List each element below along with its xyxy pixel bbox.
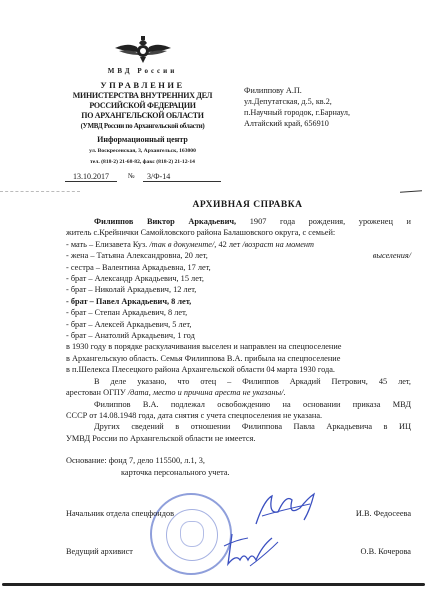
mother-text: - мать – Елизавета Куз. [66, 240, 149, 249]
para1-line: в п.Шелекса Плесецкого района Архангельс… [66, 364, 411, 375]
para3-line-2: СССР от 14.08.1948 года, дата снятия с у… [66, 410, 411, 421]
unit-name: Информационный центр [60, 135, 225, 144]
para1-line: в Архангельскую область. Семья Филиппова… [66, 353, 411, 364]
intro-text: 1907 года рождения, уроженец и [236, 217, 411, 226]
divider [0, 191, 80, 192]
basis-line-1: Основание: фонд 7, дело 115500, л.1, 3, [66, 455, 411, 466]
arrest-note: /дата, место и причина ареста не указаны… [128, 388, 284, 397]
signer-name: О.В. Кочерова [361, 547, 411, 556]
divider [400, 190, 422, 193]
para4-line-2: УМВД России по Архангельской области не … [66, 433, 411, 444]
scan-edge-bar [2, 583, 425, 586]
document-title: АРХИВНАЯ СПРАВКА [0, 200, 435, 210]
subject-name: Филиппов Виктор Аркадьевич, [94, 217, 236, 226]
family-member-highlighted: - брат – Павел Аркадьевич, 8 лет, [66, 296, 411, 307]
para1-line: в 1930 году в порядке раскулачивания выс… [66, 341, 411, 352]
department-heading: УПРАВЛЕНИЕ [60, 80, 225, 91]
signer-position: Ведущий архивист [66, 547, 133, 556]
para2-line-2: арестован ОГПУ /дата, место и причина ар… [66, 387, 411, 398]
reference-line: 13.10.2017 № 3/Ф-14 [65, 172, 225, 184]
para3-line-1: Филиппов В.А. подлежал освобождению на о… [66, 399, 411, 410]
basis-line-2: карточка персонального учета. [66, 467, 411, 478]
family-member: - брат – Алексей Аркадьевич, 5 лет, [66, 319, 411, 330]
signatures-block: Начальник отдела спецфондов И.В. Федосее… [66, 509, 411, 585]
agency-name: МВД России [60, 67, 225, 75]
addressee-town: п.Научный городок, г.Барнаул, [244, 107, 350, 118]
intro-line-2: житель с.Крейнички Самойловского района … [66, 227, 411, 238]
addressee-street: ул.Депутатская, д.5, кв.2, [244, 96, 350, 107]
family-mother: - мать – Елизавета Куз. /так в документе… [66, 239, 411, 250]
org-line-1: МИНИСТЕРСТВА ВНУТРЕННИХ ДЕЛ [60, 91, 225, 101]
intro-line-1: Филиппов Виктор Аркадьевич, 1907 года ро… [66, 216, 411, 227]
family-member: - брат – Степан Аркадьевич, 8 лет, [66, 307, 411, 318]
wife-text: - жена – Татьяна Александровна, 20 лет, [66, 251, 208, 260]
org-address: ул. Воскресенская, 3, Архангельск, 16300… [60, 148, 225, 155]
signer-name: И.В. Федосеева [356, 509, 411, 518]
para2-line-1: В деле указано, что отец – Филиппов Арка… [66, 376, 411, 387]
age-note: /возраст на момент [242, 240, 314, 249]
signature-row: Начальник отдела спецфондов И.В. Федосее… [66, 509, 411, 547]
mother-age: , 42 лет [214, 240, 242, 249]
reference-date: 13.10.2017 [65, 172, 117, 182]
addressee-block: Филиппову А.П. ул.Депутатская, д.5, кв.2… [244, 85, 350, 129]
signer-position: Начальник отдела спецфондов [66, 509, 174, 518]
org-line-3: ПО АРХАНГЕЛЬСКОЙ ОБЛАСТИ [60, 111, 225, 121]
document-body: Филиппов Виктор Аркадьевич, 1907 года ро… [66, 216, 411, 478]
org-line-2: РОССИЙСКОЙ ФЕДЕРАЦИИ [60, 101, 225, 111]
addressee-region: Алтайский край, 656910 [244, 118, 350, 129]
signature-row: Ведущий архивист О.В. Кочерова [66, 547, 411, 585]
mvd-eagle-emblem-icon [113, 34, 173, 64]
addressee-name: Филиппову А.П. [244, 85, 350, 96]
family-member: - сестра – Валентина Аркадьевна, 17 лет, [66, 262, 411, 273]
letterhead: МВД России УПРАВЛЕНИЕ МИНИСТЕРСТВА ВНУТР… [60, 34, 225, 166]
family-member: - брат – Анатолий Аркадьевич, 1 год [66, 330, 411, 341]
org-phones: тел. (818-2) 21-68-82, факс (818-2) 21-1… [60, 159, 225, 166]
number-sign: № [128, 172, 135, 180]
age-note-end: выселения/ [373, 250, 411, 261]
family-member: - брат – Николай Аркадьевич, 12 лет, [66, 284, 411, 295]
family-wife: - жена – Татьяна Александровна, 20 лет,в… [66, 250, 411, 261]
para4-line-1: Других сведений в отношении Филиппова Па… [66, 421, 411, 432]
family-member: - брат – Александр Аркадьевич, 15 лет, [66, 273, 411, 284]
arrest-text: арестован ОГПУ [66, 388, 128, 397]
arrest-end: . [283, 388, 285, 397]
org-short-name: (УМВД России по Архангельской области) [60, 121, 225, 131]
mother-note: /так в документе/ [149, 240, 214, 249]
reference-number: 3/Ф-14 [143, 172, 221, 182]
